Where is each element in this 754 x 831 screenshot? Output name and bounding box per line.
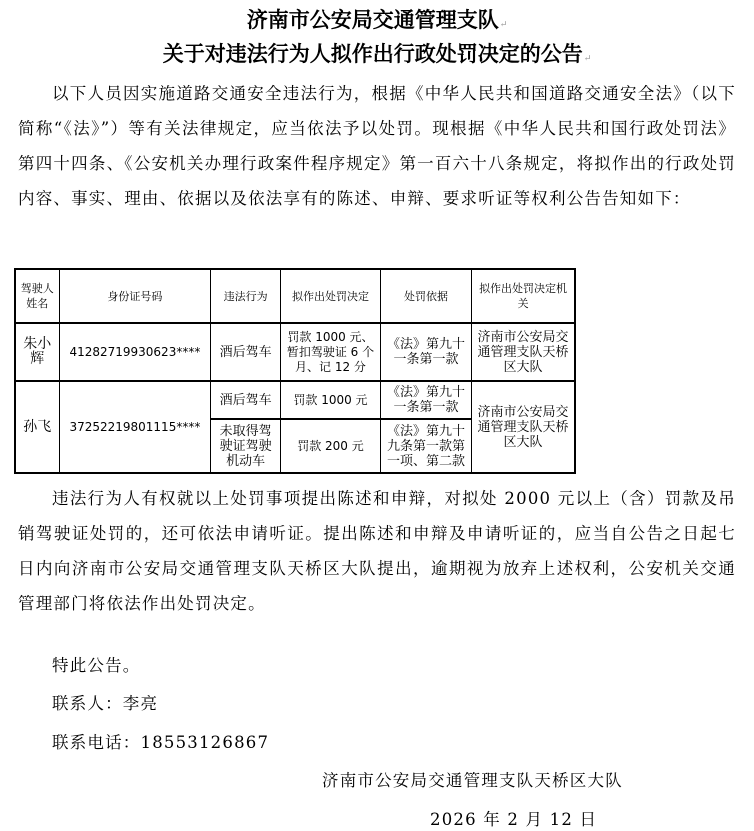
header-id-number: 身份证号码 (59, 269, 211, 323)
penalty-decision: 罚款 200 元 (280, 419, 380, 473)
id-number: 41282719930623**** (59, 323, 211, 381)
penalty-basis: 《法》第九十一条第一款 (380, 381, 471, 419)
penalty-basis: 《法》第九十一条第一款 (380, 323, 471, 381)
table-row: 朱小辉 41282719930623**** 酒后驾车 罚款 1000 元、暂扣… (15, 323, 575, 381)
rights-paragraph: 违法行为人有权就以上处罚事项提出陈述和申辩，对拟处 2000 元以上（含）罚款及… (18, 481, 736, 621)
penalty-authority: 济南市公安局交通管理支队天桥区大队 (472, 381, 575, 473)
signature-authority: 济南市公安局交通管理支队天桥区大队 (322, 767, 623, 791)
driver-name: 孙飞 (15, 381, 59, 473)
signature-date: 2026 年 2 月 12 日 (430, 806, 597, 830)
violation-behavior: 酒后驾车 (211, 323, 281, 381)
document-title-line1: 济南市公安局交通管理支队↵ (0, 4, 754, 34)
penalty-decision: 罚款 1000 元、暂扣驾驶证 6 个月、记 12 分 (280, 323, 380, 381)
penalty-basis: 《法》第九十九条第一款第一项、第二款 (380, 419, 471, 473)
violation-behavior: 未取得驾驶证驾驶机动车 (211, 419, 281, 473)
contact-person: 联系人：李亮 (52, 690, 158, 714)
paragraph-mark-icon: ↵ (584, 54, 592, 64)
id-number: 37252219801115**** (59, 381, 211, 473)
table-header-row: 驾驶人姓名 身份证号码 违法行为 拟作出处罚决定 处罚依据 拟作出处罚决定机关 (15, 269, 575, 323)
penalty-authority: 济南市公安局交通管理支队天桥区大队 (472, 323, 575, 381)
driver-name: 朱小辉 (15, 323, 59, 381)
paragraph-mark-icon: ↵ (500, 20, 508, 30)
intro-paragraph: 以下人员因实施道路交通安全违法行为，根据《中华人民共和国道路交通安全法》（以下简… (18, 76, 736, 216)
header-decision: 拟作出处罚决定 (280, 269, 380, 323)
table-row: 孙飞 37252219801115**** 酒后驾车 罚款 1000 元 《法》… (15, 381, 575, 419)
violation-behavior: 酒后驾车 (211, 381, 281, 419)
document-title-line2: 关于对违法行为人拟作出行政处罚决定的公告↵ (0, 38, 754, 68)
header-basis: 处罚依据 (380, 269, 471, 323)
header-authority: 拟作出处罚决定机关 (472, 269, 575, 323)
closing-text: 特此公告。 (52, 652, 141, 676)
penalty-table: 驾驶人姓名 身份证号码 违法行为 拟作出处罚决定 处罚依据 拟作出处罚决定机关 … (14, 268, 576, 474)
contact-phone: 联系电话：18553126867 (52, 729, 269, 753)
penalty-decision: 罚款 1000 元 (280, 381, 380, 419)
header-driver-name: 驾驶人姓名 (15, 269, 59, 323)
header-violation: 违法行为 (211, 269, 281, 323)
